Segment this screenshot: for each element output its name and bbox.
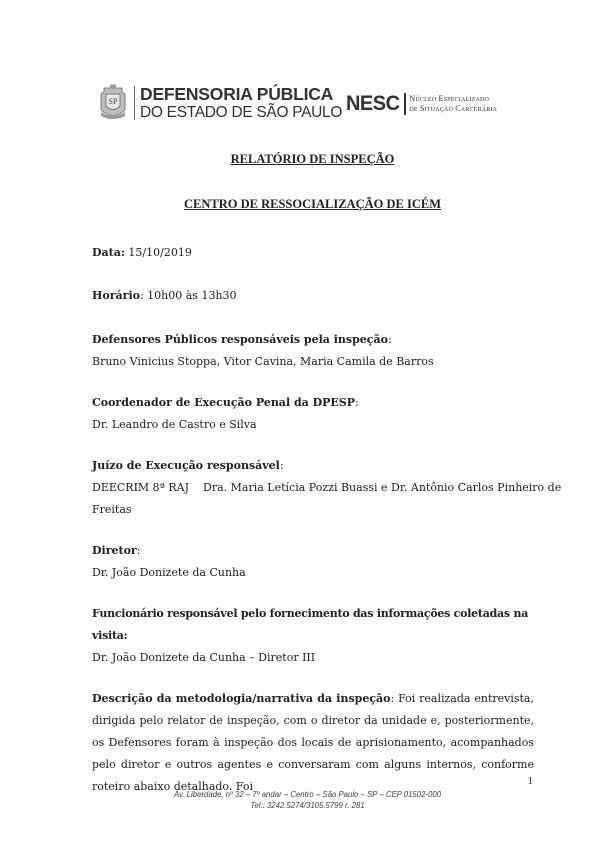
staff-value: Dr. João Donizete da Cunha – Diretor III (92, 647, 534, 669)
letterhead: SP DEFENSORIA PÚBLICA DO ESTADO DE SÃO P… (98, 84, 528, 126)
field-defenders: Defensores Públicos responsáveis pela in… (92, 329, 534, 373)
field-court: Juízo de Execução responsável: DEECRIM 8… (92, 455, 534, 521)
staff-label: Funcionário responsável pelo forneciment… (92, 603, 534, 647)
defensoria-logo: SP DEFENSORIA PÚBLICA DO ESTADO DE SÃO P… (98, 84, 342, 122)
field-time: Horário: 10h00 às 13h30 (92, 285, 534, 307)
court-value-line-1: DEECRIM 8ª RAJ Dra. Maria Letícia Pozzi … (92, 477, 534, 499)
defensoria-name: DEFENSORIA PÚBLICA (140, 86, 342, 104)
director-label: Diretor (92, 544, 137, 557)
nesc-mark: NESC (346, 92, 400, 116)
field-methodology: Descrição da metodologia/narrativa da in… (92, 688, 534, 798)
defensoria-wordmark: DEFENSORIA PÚBLICA DO ESTADO DE SÃO PAUL… (140, 86, 342, 121)
page-number: 1 (528, 775, 534, 787)
coordinator-label-suffix: : (355, 396, 359, 409)
date-label: Data: (92, 246, 125, 259)
time-value: : 10h00 às 13h30 (140, 289, 237, 302)
time-label: Horário (92, 289, 140, 302)
nesc-line-2: de Situação Carcerária (409, 104, 497, 114)
footer: Av. Liberdade, nº 32 – 7º andar – Centro… (0, 789, 595, 811)
court-value-line-2: Freitas (92, 499, 534, 521)
coordinator-value: Dr. Leandro de Castro e Silva (92, 414, 534, 436)
footer-address: Av. Liberdade, nº 32 – 7º andar – Centro… (20, 789, 595, 800)
field-coordinator: Coordenador de Execução Penal da DPESP: … (92, 392, 534, 436)
footer-phone: Tel.: 3242.5274/3105.5799 r. 281 (20, 800, 595, 811)
methodology-text: : Foi realizada entrevista, dirigida pel… (92, 692, 534, 793)
coordinator-label: Coordenador de Execução Penal da DPESP (92, 396, 355, 409)
defenders-label-suffix: : (388, 333, 392, 346)
court-label: Juízo de Execução responsável (92, 459, 280, 472)
nesc-divider (404, 93, 406, 115)
svg-text:SP: SP (109, 97, 118, 106)
nesc-logo: NESC Núcleo Especializado de Situação Ca… (346, 92, 497, 116)
sp-coat-of-arms-icon: SP (98, 84, 128, 122)
field-director: Diretor: Dr. João Donizete da Cunha (92, 540, 534, 584)
field-staff-responsible: Funcionário responsável pelo forneciment… (92, 603, 534, 669)
unit-title: CENTRO DE RESSOCIALIZAÇÃO DE ICÉM (0, 197, 595, 212)
report-title: RELATÓRIO DE INSPEÇÃO (0, 152, 595, 167)
methodology-label: Descrição da metodologia/narrativa da in… (92, 692, 391, 705)
defenders-label: Defensores Públicos responsáveis pela in… (92, 333, 388, 346)
logo-divider (134, 86, 135, 120)
defensoria-state: DO ESTADO DE SÃO PAULO (140, 105, 342, 121)
field-date: Data: 15/10/2019 (92, 242, 534, 264)
document-page: SP DEFENSORIA PÚBLICA DO ESTADO DE SÃO P… (0, 0, 595, 841)
nesc-line-1: Núcleo Especializado (409, 94, 497, 104)
court-label-suffix: : (280, 459, 284, 472)
director-value: Dr. João Donizete da Cunha (92, 562, 534, 584)
date-value: 15/10/2019 (125, 246, 192, 259)
defenders-value: Bruno Vinicius Stoppa, Vitor Cavina, Mar… (92, 351, 534, 373)
nesc-wordmark: Núcleo Especializado de Situação Carcerá… (409, 94, 497, 114)
director-label-suffix: : (137, 544, 141, 557)
